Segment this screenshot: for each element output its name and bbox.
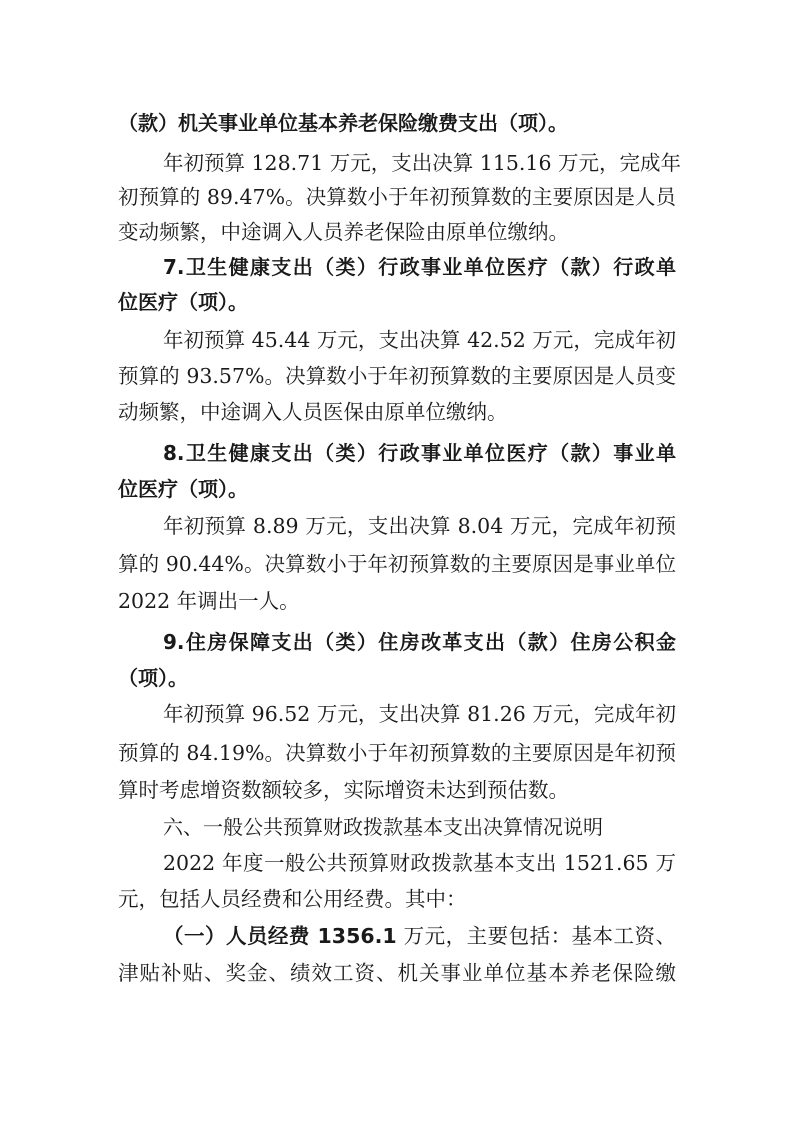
section-heading-7: 7.卫生健康支出（类）行政事业单位医疗（款）行政单 [163, 249, 676, 285]
paragraph-personnel-funds: （一）人员经费 1356.1 万元，主要包括：基本工资、 [163, 918, 676, 954]
paragraph-text: 2022 年度一般公共预算财政拨款基本支出 1521.65 万 [163, 845, 676, 881]
paragraph-text: 变动频繁，中途调入人员养老保险由原单位缴纳。 [118, 214, 676, 250]
paragraph-text: 年初预算 8.89 万元，支出决算 8.04 万元，完成年初预 [163, 508, 676, 544]
paragraph-text: 算时考虑增资数额较多，实际增资未达到预估数。 [118, 772, 676, 808]
paragraph-text: 初预算的 89.47%。决算数小于年初预算数的主要原因是人员 [118, 179, 676, 215]
personnel-funds-text: 万元，主要包括：基本工资、 [397, 924, 676, 948]
paragraph-text: 预算的 93.57%。决算数小于年初预算数的主要原因是人员变 [118, 358, 676, 394]
paragraph-text: 津贴补贴、奖金、绩效工资、机关事业单位基本养老保险缴 [118, 955, 676, 991]
section-heading-six: 六、一般公共预算财政拨款基本支出决算情况说明 [163, 809, 676, 845]
paragraph-text: 元，包括人员经费和公用经费。其中： [118, 881, 676, 917]
paragraph-text: 年初预算 96.52 万元，支出决算 81.26 万元，完成年初 [163, 696, 676, 732]
section-heading-9: 9.住房保障支出（类）住房改革支出（款）住房公积金 [163, 624, 676, 660]
section-heading-9-cont: （项）。 [118, 660, 676, 696]
section-heading-8-cont: 位医疗（项）。 [118, 471, 676, 507]
personnel-funds-label: （一）人员经费 1356.1 [163, 924, 397, 948]
section-heading-7-cont: 位医疗（项）。 [118, 284, 676, 320]
paragraph-text: 算的 90.44%。决算数小于年初预算数的主要原因是事业单位 [118, 546, 676, 582]
paragraph-text: 动频繁，中途调入人员医保由原单位缴纳。 [118, 394, 676, 430]
paragraph-heading-continuation: （款）机关事业单位基本养老保险缴费支出（项）。 [118, 105, 676, 141]
paragraph-text: 年初预算 45.44 万元，支出决算 42.52 万元，完成年初 [163, 322, 676, 358]
document-page: （款）机关事业单位基本养老保险缴费支出（项）。 年初预算 128.71 万元，支… [0, 0, 793, 1122]
section-heading-8: 8.卫生健康支出（类）行政事业单位医疗（款）事业单 [163, 435, 676, 471]
paragraph-text: 年初预算 128.71 万元，支出决算 115.16 万元，完成年 [163, 145, 676, 181]
paragraph-text: 预算的 84.19%。决算数小于年初预算数的主要原因是年初预 [118, 735, 676, 771]
paragraph-text: 2022 年调出一人。 [118, 583, 676, 619]
